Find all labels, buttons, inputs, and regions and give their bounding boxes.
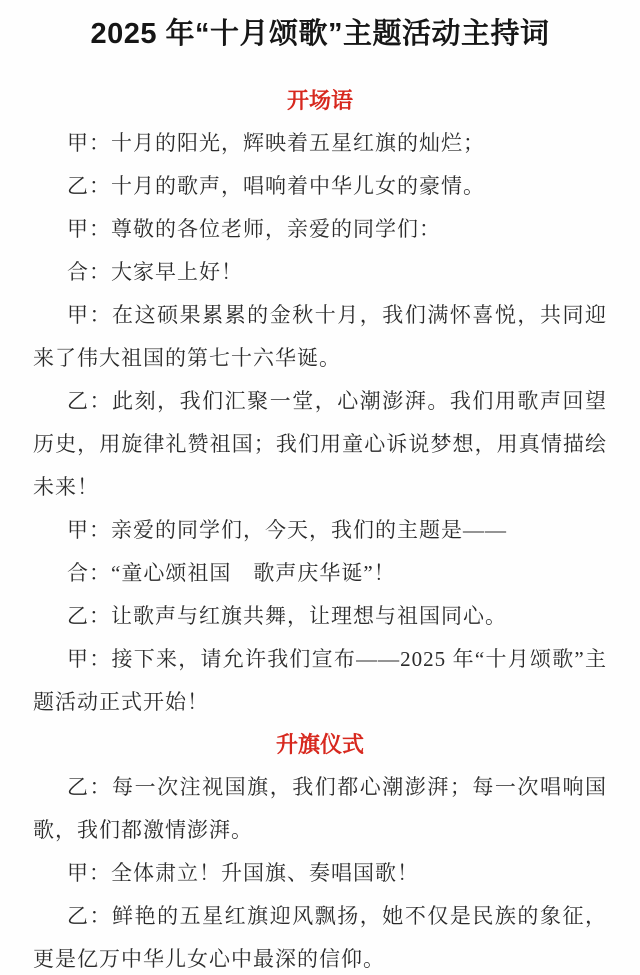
paragraph: 乙：此刻，我们汇聚一堂，心潮澎湃。我们用歌声回望历史，用旋律礼赞祖国；我们用童心… — [33, 380, 607, 509]
section-heading: 升旗仪式 — [33, 730, 607, 760]
paragraph: 合：“童心颂祖国 歌声庆华诞”！ — [33, 552, 607, 595]
paragraph: 甲：尊敬的各位老师，亲爱的同学们： — [33, 208, 607, 251]
paragraph: 甲：十月的阳光，辉映着五星红旗的灿烂； — [33, 122, 607, 165]
section: 开场语甲：十月的阳光，辉映着五星红旗的灿烂；乙：十月的歌声，唱响着中华儿女的豪情… — [33, 86, 607, 724]
paragraph: 甲：在这硕果累累的金秋十月，我们满怀喜悦，共同迎来了伟大祖国的第七十六华诞。 — [33, 294, 607, 380]
paragraph: 合：大家早上好！ — [33, 251, 607, 294]
section: 升旗仪式乙：每一次注视国旗，我们都心潮澎湃；每一次唱响国歌，我们都激情澎湃。甲：… — [33, 730, 607, 975]
paragraph: 乙：让歌声与红旗共舞，让理想与祖国同心。 — [33, 595, 607, 638]
paragraph: 乙：每一次注视国旗，我们都心潮澎湃；每一次唱响国歌，我们都激情澎湃。 — [33, 766, 607, 852]
paragraph: 甲：全体肃立！升国旗、奏唱国歌！ — [33, 852, 607, 895]
section-heading: 开场语 — [33, 86, 607, 116]
paragraph: 甲：接下来，请允许我们宣布——2025 年“十月颂歌”主题活动正式开始！ — [33, 638, 607, 724]
document-title: 2025 年“十月颂歌”主题活动主持词 — [33, 14, 607, 54]
document-body: 开场语甲：十月的阳光，辉映着五星红旗的灿烂；乙：十月的歌声，唱响着中华儿女的豪情… — [33, 86, 607, 975]
paragraph: 乙：十月的歌声，唱响着中华儿女的豪情。 — [33, 165, 607, 208]
paragraph: 乙：鲜艳的五星红旗迎风飘扬，她不仅是民族的象征，更是亿万中华儿女心中最深的信仰。 — [33, 895, 607, 975]
paragraph: 甲：亲爱的同学们，今天，我们的主题是—— — [33, 509, 607, 552]
document-page: 2025 年“十月颂歌”主题活动主持词 开场语甲：十月的阳光，辉映着五星红旗的灿… — [0, 0, 640, 975]
